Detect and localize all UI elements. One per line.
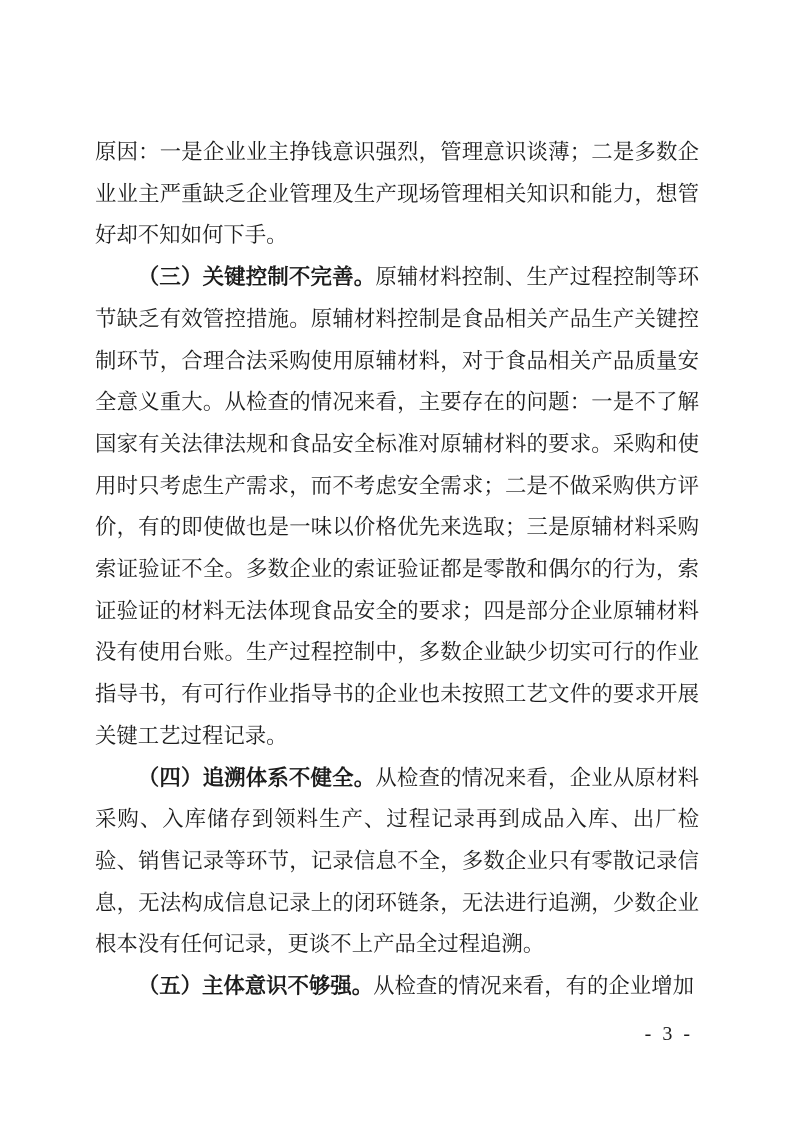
page-number: - 3 - [645, 1022, 693, 1046]
paragraph-text: 原辅材料控制、生产过程控制等环节缺乏有效管控措施。原辅材料控制是食品相关产品生产… [95, 265, 699, 748]
document-body: 原因：一是企业业主挣钱意识强烈，管理意识谈薄；二是多数企业业主严重缺乏企业管理及… [95, 132, 699, 1008]
paragraph-section-3: （三）关键控制不完善。原辅材料控制、生产过程控制等环节缺乏有效管控措施。原辅材料… [95, 257, 699, 757]
paragraph-section-4: （四）追溯体系不健全。从检查的情况来看，企业从原材料采购、入库储存到领料生产、过… [95, 758, 699, 967]
section-4-heading: （四）追溯体系不健全。 [138, 766, 376, 790]
paragraph-continuation: 原因：一是企业业主挣钱意识强烈，管理意识谈薄；二是多数企业业主严重缺乏企业管理及… [95, 132, 699, 257]
paragraph-text: 从检查的情况来看，企业从原材料采购、入库储存到领料生产、过程记录再到成品入库、出… [95, 766, 699, 957]
paragraph-text: 从检查的情况来看，有的企业增加 [373, 974, 694, 998]
section-3-heading: （三）关键控制不完善。 [138, 265, 376, 289]
paragraph-section-5: （五）主体意识不够强。从检查的情况来看，有的企业增加 [95, 966, 699, 1008]
document-page: 原因：一是企业业主挣钱意识强烈，管理意识谈薄；二是多数企业业主严重缺乏企业管理及… [0, 0, 793, 1122]
section-5-heading: （五）主体意识不够强。 [138, 974, 373, 998]
paragraph-text: 原因：一是企业业主挣钱意识强烈，管理意识谈薄；二是多数企业业主严重缺乏企业管理及… [95, 140, 699, 247]
